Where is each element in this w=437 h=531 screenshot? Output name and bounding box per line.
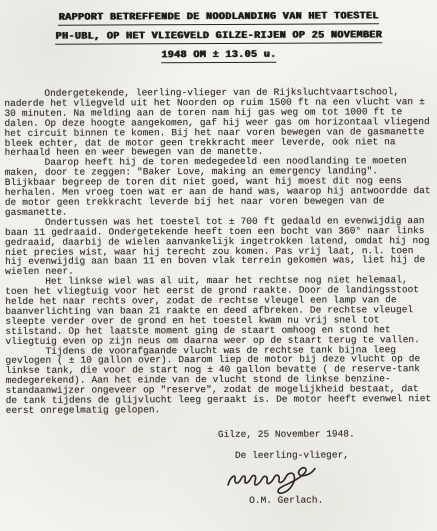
signatory-role: De leerling-vlieger, xyxy=(235,449,435,461)
signatory-name: O.M. Gerlach. xyxy=(249,494,435,506)
document-title: RAPPORT BETREFFENDE DE NOODLANDING VAN H… xyxy=(4,6,433,65)
scanned-document-page: RAPPORT BETREFFENDE DE NOODLANDING VAN H… xyxy=(0,0,437,531)
title-line-2: PH-UBL, OP HET VLIEGVELD GILZE-RIJEN OP … xyxy=(55,30,382,44)
handwritten-signature-icon xyxy=(224,462,319,496)
place-date: Gilze, 25 November 1948. xyxy=(218,428,435,440)
closing-block: Gilze, 25 November 1948. De leerling-vli… xyxy=(6,428,435,507)
title-line: 1948 OM ± 13.05 u. xyxy=(4,44,433,65)
title-line-1: RAPPORT BETREFFENDE DE NOODLANDING VAN H… xyxy=(58,11,378,25)
paragraph-descent: Ondertussen was het toestel tot ± 700 ft… xyxy=(5,216,434,277)
paragraph-fuel: Tijdens de voorafgaande vlucht was de re… xyxy=(5,345,434,416)
document-body: Ondergetekende, leerling-vlieger van de … xyxy=(4,87,434,416)
signature-wrap xyxy=(224,462,435,497)
title-line-3: 1948 OM ± 13.05 u. xyxy=(161,50,276,64)
document-content: RAPPORT BETREFFENDE DE NOODLANDING VAN H… xyxy=(4,6,435,507)
title-line: PH-UBL, OP HET VLIEGVELD GILZE-RIJEN OP … xyxy=(4,25,433,46)
paragraph-approach: Ondergetekende, leerling-vlieger van de … xyxy=(4,87,433,158)
title-line: RAPPORT BETREFFENDE DE NOODLANDING VAN H… xyxy=(4,6,433,27)
paragraph-touchdown: Het linkse wiel was al uit, maar het rec… xyxy=(5,275,434,346)
paragraph-radio-call: Daarop heeft hij de toren medegedeeld ee… xyxy=(5,156,434,217)
